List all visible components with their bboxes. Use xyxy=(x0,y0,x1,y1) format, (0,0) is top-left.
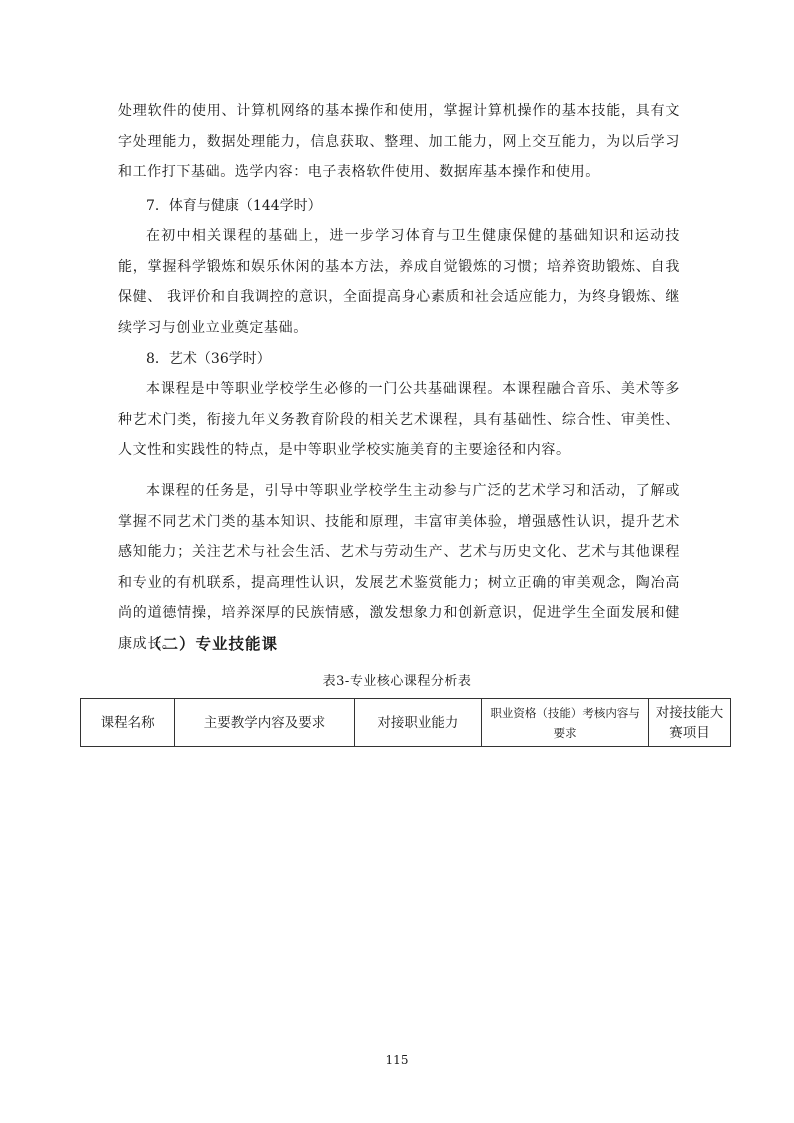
paragraph-computer-course: 处理软件的使用、计算机网络的基本操作和使用，掌握计算机操作的基本技能，具有文字处… xyxy=(118,96,680,188)
header-vocational-ability: 对接职业能力 xyxy=(354,699,482,747)
header-skills-competition: 对接技能大赛项目 xyxy=(649,699,731,747)
table-header-row: 课程名称 主要教学内容及要求 对接职业能力 职业资格（技能）考核内容与要求 对接… xyxy=(81,699,731,747)
table-caption: 表3-专业核心课程分析表 xyxy=(0,670,794,689)
item-heading-pe-health: 7．体育与健康（144学时） xyxy=(146,196,322,216)
header-teaching-content: 主要教学内容及要求 xyxy=(175,699,354,747)
paragraph-art-intro: 本课程是中等职业学校学生必修的一门公共基础课程。本课程融合音乐、美术等多种艺术门… xyxy=(118,374,680,466)
page-number: 115 xyxy=(0,1053,794,1067)
paragraph-pe-health: 在初中相关课程的基础上，进一步学习体育与卫生健康保健的基础知识和运动技能，掌握科… xyxy=(118,221,680,343)
header-course-name: 课程名称 xyxy=(81,699,175,747)
item-heading-art: 8．艺术（36学时） xyxy=(146,349,271,369)
document-page: 处理软件的使用、计算机网络的基本操作和使用，掌握计算机操作的基本技能，具有文字处… xyxy=(0,0,794,1123)
header-qualification-assessment: 职业资格（技能）考核内容与要求 xyxy=(482,699,649,747)
section-heading-skills: （二）专业技能课 xyxy=(146,632,278,654)
core-course-table: 课程名称 主要教学内容及要求 对接职业能力 职业资格（技能）考核内容与要求 对接… xyxy=(80,698,731,747)
